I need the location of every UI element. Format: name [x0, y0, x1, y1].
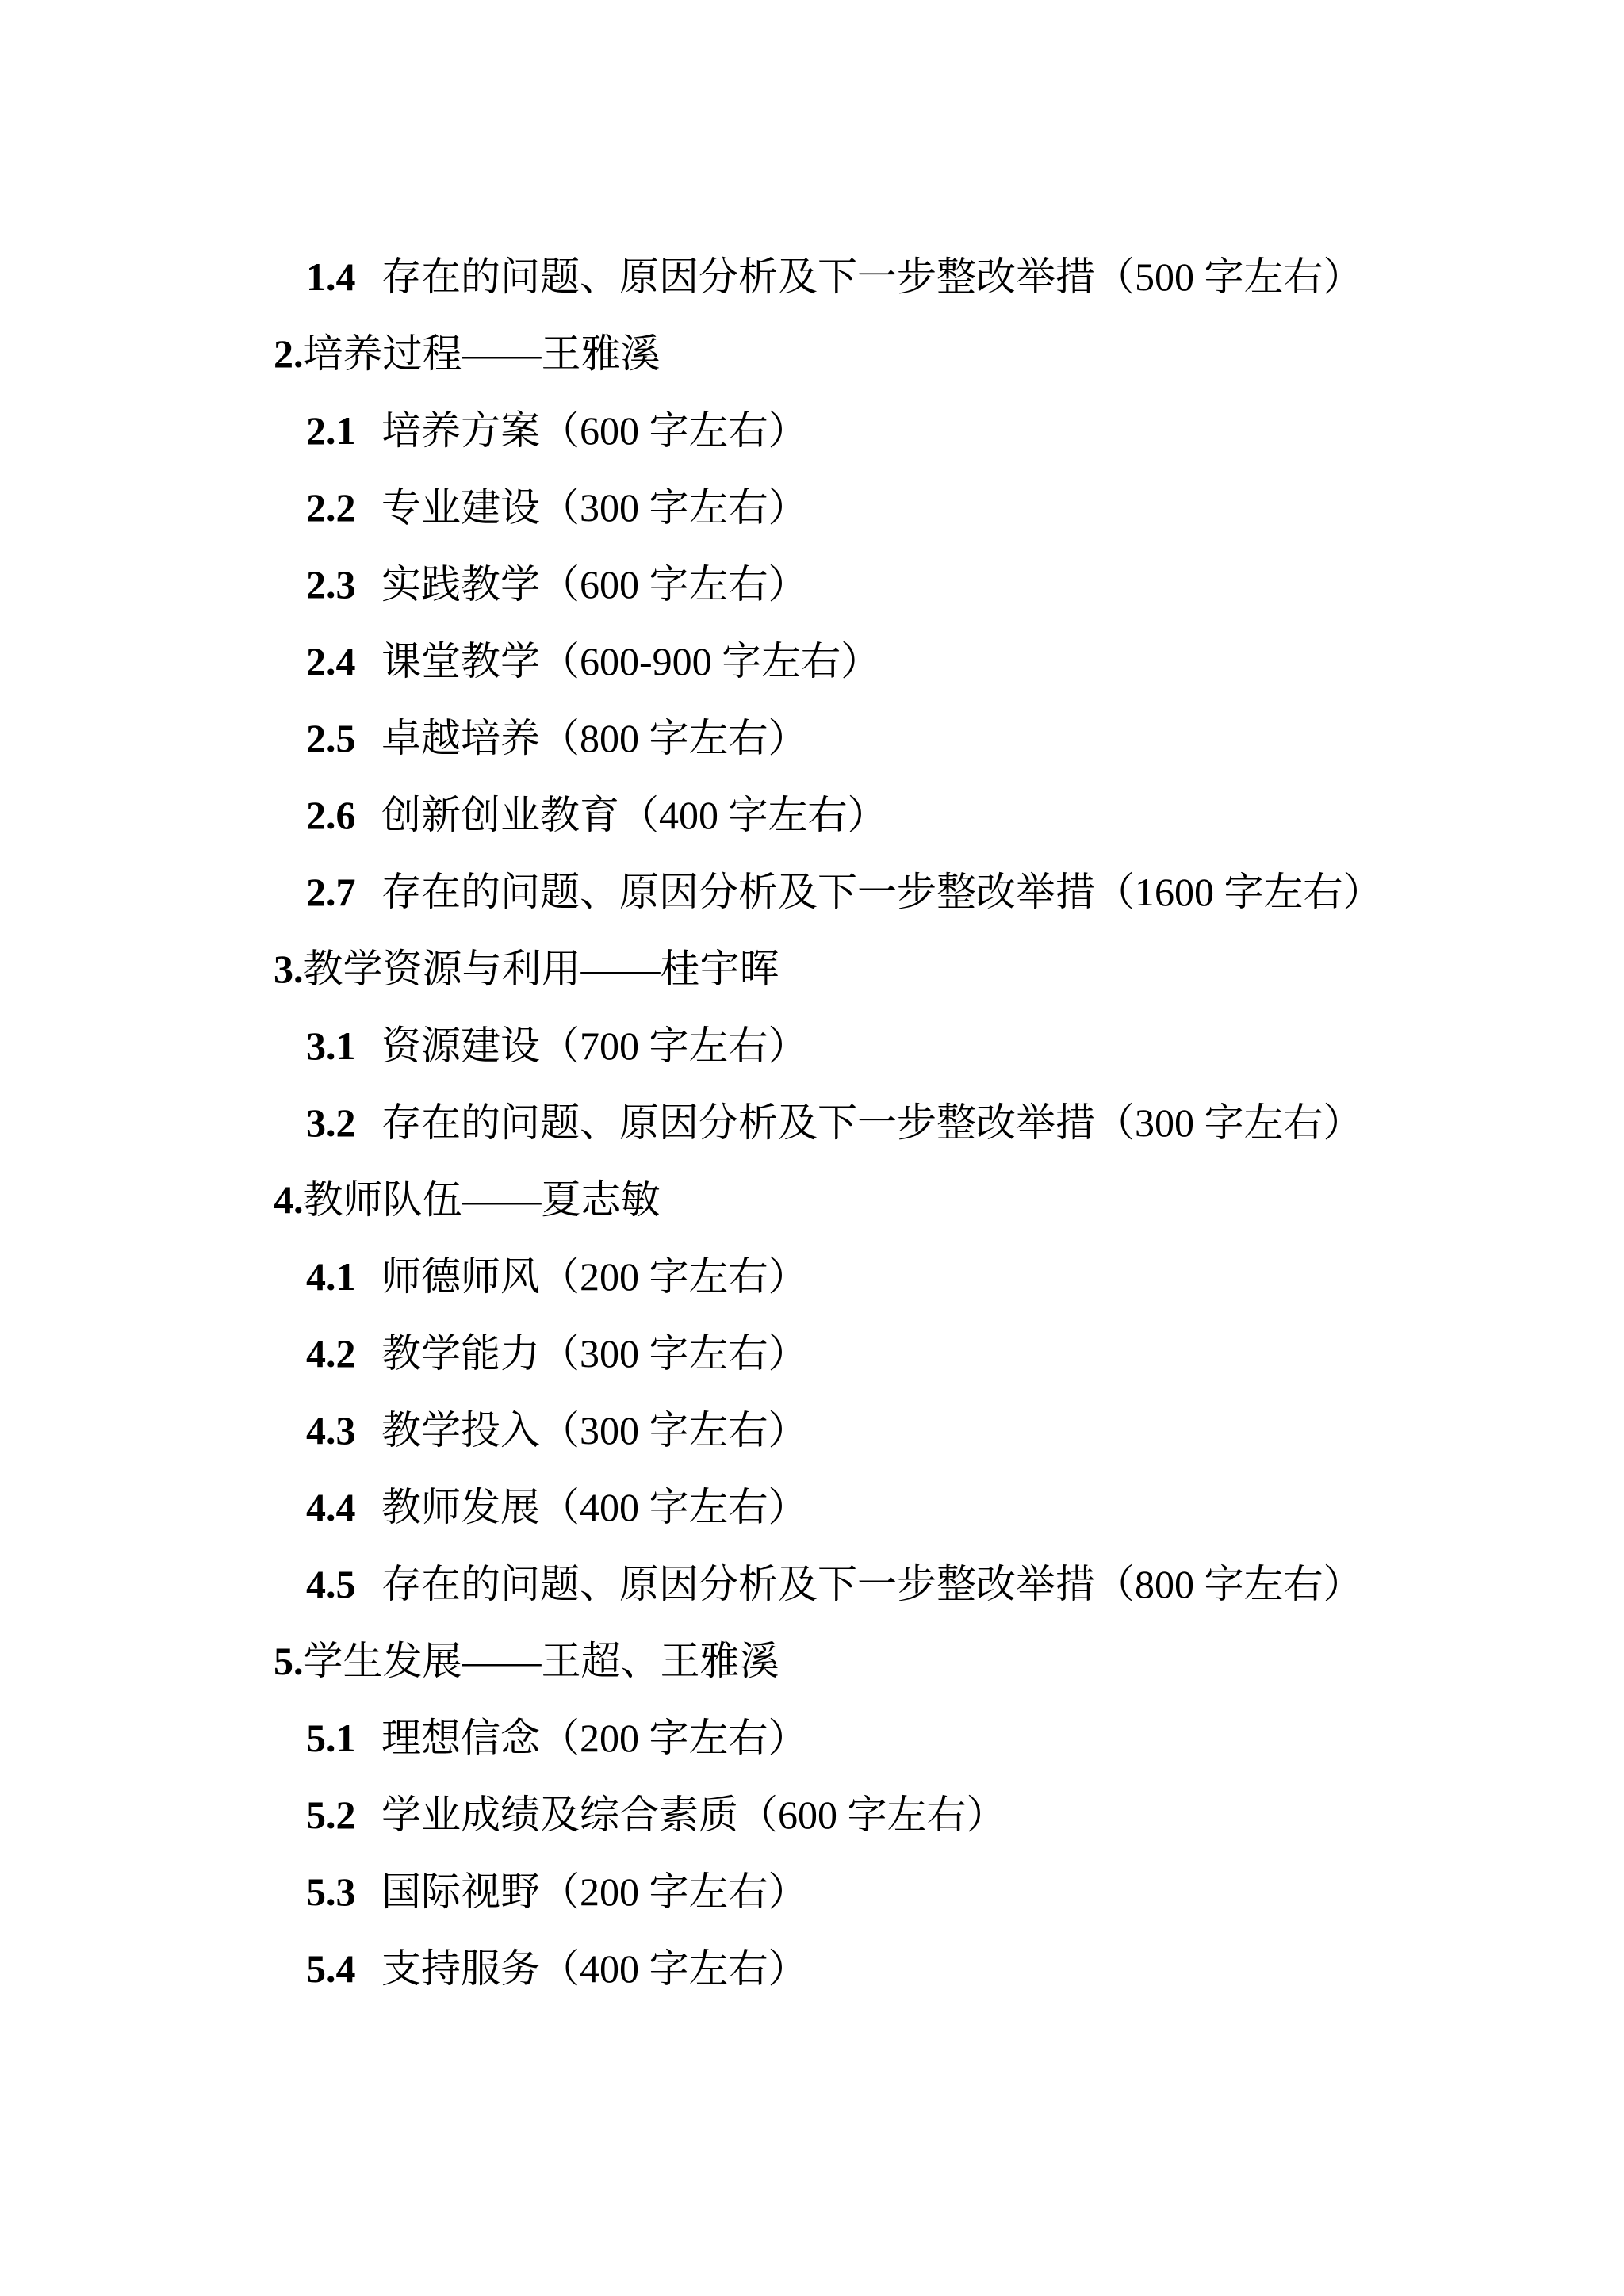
- item-number: 3.: [274, 947, 304, 991]
- outline-item-2: 2.培养过程——王雅溪: [0, 316, 1624, 392]
- outline-item-2-1: 2.1培养方案（600 字左右）: [0, 392, 1624, 469]
- item-text: 课堂教学（600-900 字左右）: [381, 639, 880, 683]
- outline-item-2-7: 2.7存在的问题、原因分析及下一步整改举措（1600 字左右）: [0, 854, 1624, 931]
- outline-item-4-1: 4.1师德师风（200 字左右）: [0, 1238, 1624, 1315]
- item-number: 2.1: [306, 408, 356, 453]
- item-number: 5.2: [306, 1793, 356, 1837]
- item-number: 4.4: [306, 1485, 356, 1529]
- item-text: 教师发展（400 字左右）: [381, 1485, 808, 1529]
- item-text: 支持服务（400 字左右）: [381, 1946, 808, 1991]
- outline-item-2-3: 2.3实践教学（600 字左右）: [0, 546, 1624, 623]
- outline-item-5-1: 5.1理想信念（200 字左右）: [0, 1700, 1624, 1777]
- item-text: 学生发展——王超、王雅溪: [304, 1639, 779, 1683]
- item-number: 2.3: [306, 562, 356, 607]
- document-page: 1.4存在的问题、原因分析及下一步整改举措（500 字左右） 2.培养过程——王…: [0, 0, 1624, 2296]
- outline-item-4-3: 4.3教学投入（300 字左右）: [0, 1392, 1624, 1469]
- item-text: 教学投入（300 字左右）: [381, 1408, 808, 1452]
- item-text: 学业成绩及综合素质（600 字左右）: [381, 1793, 1006, 1837]
- item-text: 培养方案（600 字左右）: [381, 408, 808, 453]
- item-number: 2.4: [306, 639, 356, 683]
- outline-item-2-4: 2.4课堂教学（600-900 字左右）: [0, 623, 1624, 700]
- item-number: 2.: [274, 331, 304, 376]
- item-number: 4.: [274, 1177, 304, 1222]
- outline-item-4-4: 4.4教师发展（400 字左右）: [0, 1469, 1624, 1546]
- item-number: 4.1: [306, 1254, 356, 1299]
- outline-item-4-2: 4.2教学能力（300 字左右）: [0, 1315, 1624, 1392]
- item-number: 2.2: [306, 485, 356, 530]
- item-number: 5.4: [306, 1946, 356, 1991]
- item-number: 4.5: [306, 1562, 356, 1606]
- item-number: 5.3: [306, 1869, 356, 1914]
- outline-item-5-3: 5.3国际视野（200 字左右）: [0, 1854, 1624, 1931]
- item-text: 卓越培养（800 字左右）: [381, 716, 808, 760]
- item-text: 专业建设（300 字左右）: [381, 485, 808, 530]
- item-number: 2.5: [306, 716, 356, 760]
- item-text: 培养过程——王雅溪: [304, 331, 661, 376]
- item-text: 资源建设（700 字左右）: [381, 1024, 808, 1068]
- outline-item-5: 5.学生发展——王超、王雅溪: [0, 1623, 1624, 1700]
- item-number: 4.2: [306, 1331, 356, 1376]
- item-number: 2.7: [306, 870, 356, 914]
- outline-item-4: 4.教师队伍——夏志敏: [0, 1161, 1624, 1238]
- outline-item-3-1: 3.1资源建设（700 字左右）: [0, 1008, 1624, 1085]
- outline-item-5-4: 5.4支持服务（400 字左右）: [0, 1931, 1624, 2007]
- item-text: 创新创业教育（400 字左右）: [381, 793, 887, 837]
- item-number: 3.2: [306, 1100, 356, 1145]
- item-text: 教师队伍——夏志敏: [304, 1177, 661, 1222]
- outline-item-2-5: 2.5卓越培养（800 字左右）: [0, 700, 1624, 777]
- item-text: 理想信念（200 字左右）: [381, 1716, 808, 1760]
- outline-list: 1.4存在的问题、原因分析及下一步整改举措（500 字左右） 2.培养过程——王…: [0, 239, 1624, 2007]
- outline-item-3: 3.教学资源与利用——桂宇晖: [0, 931, 1624, 1008]
- item-number: 2.6: [306, 793, 356, 837]
- item-text: 国际视野（200 字左右）: [381, 1869, 808, 1914]
- item-text: 实践教学（600 字左右）: [381, 562, 808, 607]
- item-number: 5.: [274, 1639, 304, 1683]
- outline-item-3-2: 3.2存在的问题、原因分析及下一步整改举措（300 字左右）: [0, 1085, 1624, 1161]
- item-number: 5.1: [306, 1716, 356, 1760]
- outline-item-5-2: 5.2学业成绩及综合素质（600 字左右）: [0, 1777, 1624, 1854]
- outline-item-2-2: 2.2专业建设（300 字左右）: [0, 469, 1624, 546]
- item-text: 存在的问题、原因分析及下一步整改举措（500 字左右）: [381, 254, 1363, 299]
- outline-item-4-5: 4.5存在的问题、原因分析及下一步整改举措（800 字左右）: [0, 1546, 1624, 1623]
- item-text: 存在的问题、原因分析及下一步整改举措（1600 字左右）: [381, 870, 1383, 914]
- outline-item-2-6: 2.6创新创业教育（400 字左右）: [0, 777, 1624, 854]
- item-text: 教学资源与利用——桂宇晖: [304, 947, 779, 991]
- item-text: 存在的问题、原因分析及下一步整改举措（800 字左右）: [381, 1562, 1363, 1606]
- item-text: 师德师风（200 字左右）: [381, 1254, 808, 1299]
- outline-item-1-4: 1.4存在的问题、原因分析及下一步整改举措（500 字左右）: [0, 239, 1624, 316]
- item-number: 3.1: [306, 1024, 356, 1068]
- item-text: 教学能力（300 字左右）: [381, 1331, 808, 1376]
- item-number: 4.3: [306, 1408, 356, 1452]
- item-number: 1.4: [306, 254, 356, 299]
- item-text: 存在的问题、原因分析及下一步整改举措（300 字左右）: [381, 1100, 1363, 1145]
